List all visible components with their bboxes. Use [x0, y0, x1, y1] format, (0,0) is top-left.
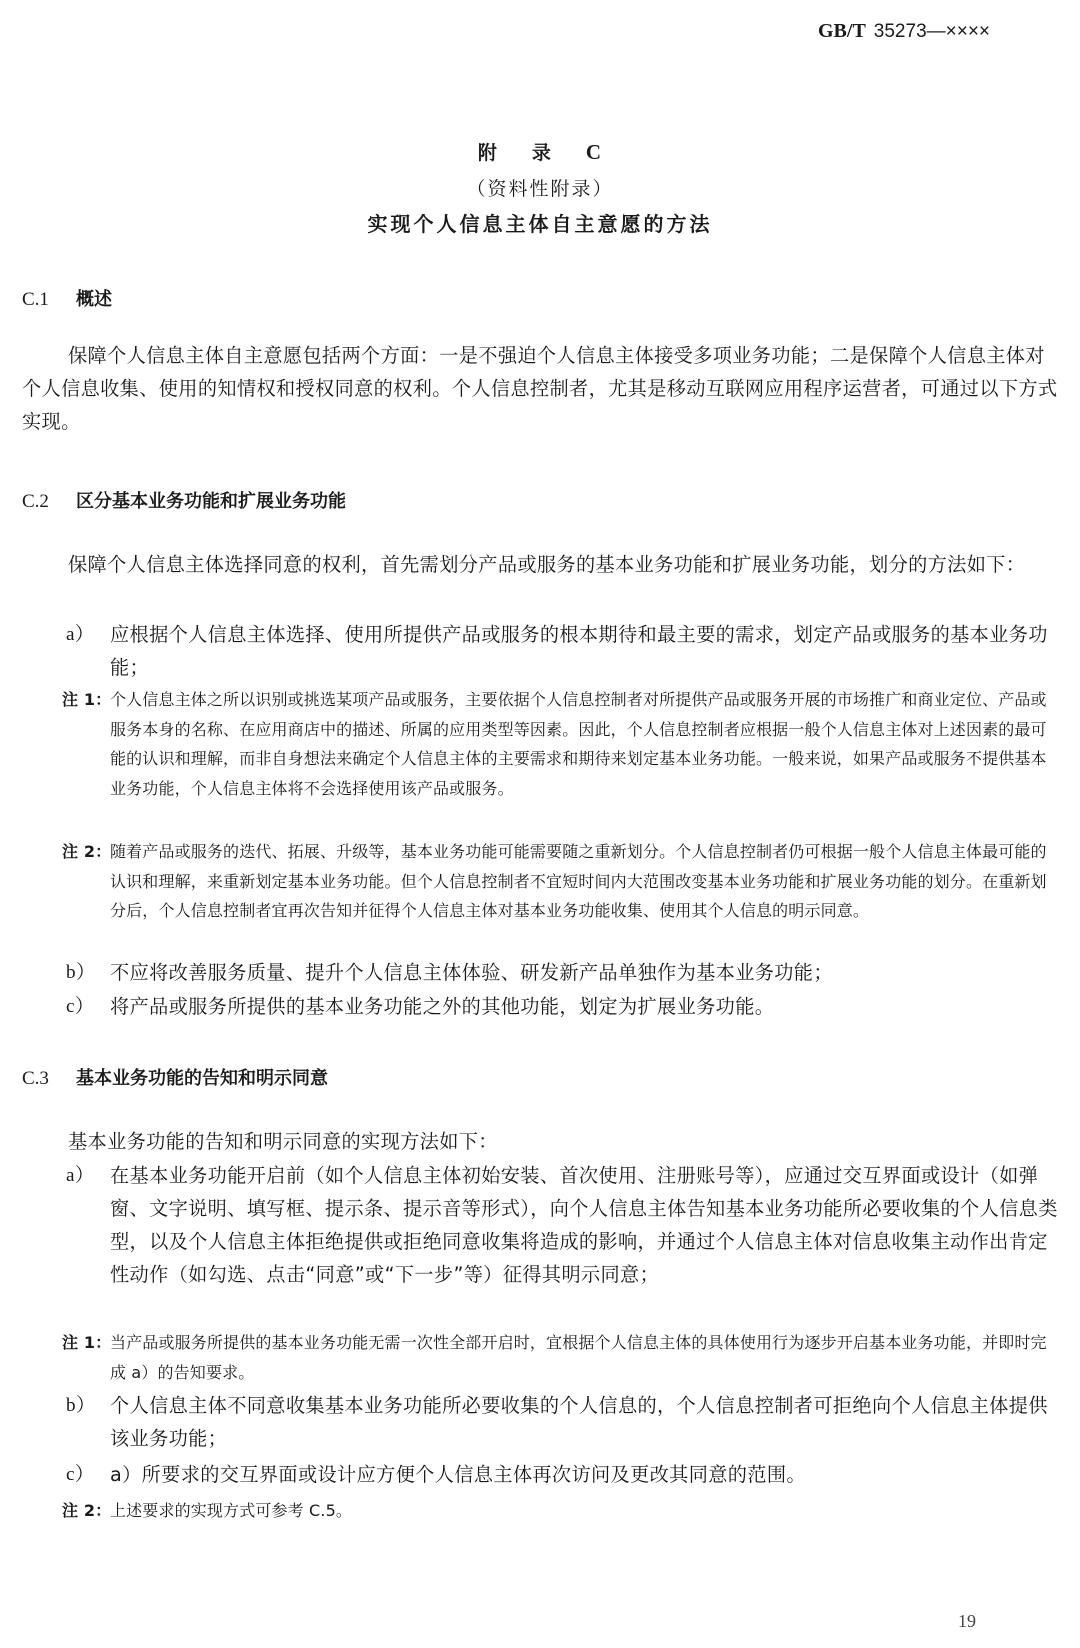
list-item-c2-b: b） 不应将改善服务质量、提升个人信息主体体验、研发新产品单独作为基本业务功能；	[66, 956, 1062, 989]
appendix-label: 附录C	[0, 138, 1080, 165]
paragraph-text: 保障个人信息主体自主意愿包括两个方面：一是不强迫个人信息主体接受多项业务功能；二…	[22, 344, 1058, 433]
note-text: 随着产品或服务的迭代、拓展、升级等，基本业务功能可能需要随之重新划分。个人信息控…	[110, 837, 1062, 926]
item-text: a）所要求的交互界面或设计应方便个人信息主体再次访问及更改其同意的范围。	[110, 1458, 1062, 1491]
item-text: 不应将改善服务质量、提升个人信息主体体验、研发新产品单独作为基本业务功能；	[110, 956, 1062, 989]
item-text: 在基本业务功能开启前（如个人信息主体初始安装、首次使用、注册账号等），应通过交互…	[110, 1159, 1062, 1291]
note-c3-1: 注 1： 当产品或服务所提供的基本业务功能无需一次性全部开启时，宜根据个人信息主…	[62, 1328, 1062, 1387]
paragraph-c2-intro: 保障个人信息主体选择同意的权利，首先需划分产品或服务的基本业务功能和扩展业务功能…	[22, 548, 1062, 581]
paragraph-text: 基本业务功能的告知和明示同意的实现方法如下：	[68, 1130, 498, 1153]
note-text: 个人信息主体之所以识别或挑选某项产品或服务，主要依据个人信息控制者对所提供产品或…	[110, 685, 1062, 803]
appendix-type: （资料性附录）	[0, 174, 1080, 201]
list-item-c2-c: c） 将产品或服务所提供的基本业务功能之外的其他功能，划定为扩展业务功能。	[66, 990, 1062, 1023]
note-label: 注 2：	[62, 837, 111, 867]
appendix-letter: C	[586, 140, 602, 164]
item-label: a）	[66, 1159, 94, 1192]
item-label: b）	[66, 956, 95, 989]
section-number: C.3	[22, 1068, 76, 1090]
note-text: 当产品或服务所提供的基本业务功能无需一次性全部开启时，宜根据个人信息主体的具体使…	[110, 1328, 1062, 1387]
section-title: 基本业务功能的告知和明示同意	[76, 1068, 328, 1089]
note-c2-1: 注 1： 个人信息主体之所以识别或挑选某项产品或服务，主要依据个人信息控制者对所…	[62, 685, 1062, 803]
section-heading-c2: C.2区分基本业务功能和扩展业务功能	[22, 487, 346, 513]
page-number: 19	[958, 1611, 976, 1632]
paragraph-c1: 保障个人信息主体自主意愿包括两个方面：一是不强迫个人信息主体接受多项业务功能；二…	[22, 339, 1062, 438]
note-label: 注 1：	[62, 685, 111, 715]
appendix-title: 实现个人信息主体自主意愿的方法	[0, 208, 1080, 237]
note-text: 上述要求的实现方式可参考 C.5。	[110, 1496, 1062, 1526]
list-item-c3-c: c） a）所要求的交互界面或设计应方便个人信息主体再次访问及更改其同意的范围。	[66, 1458, 1062, 1491]
item-label: c）	[66, 990, 94, 1023]
standard-code: GB/T	[818, 20, 866, 42]
item-label: a）	[66, 618, 94, 651]
item-text: 个人信息主体不同意收集基本业务功能所必要收集的个人信息的，个人信息控制者可拒绝向…	[110, 1389, 1062, 1455]
list-item-c2-a: a） 应根据个人信息主体选择、使用所提供产品或服务的根本期待和最主要的需求，划定…	[66, 618, 1062, 684]
note-c2-2: 注 2： 随着产品或服务的迭代、拓展、升级等，基本业务功能可能需要随之重新划分。…	[62, 837, 1062, 926]
appendix-label-char1: 附	[478, 142, 498, 164]
paragraph-c3-intro: 基本业务功能的告知和明示同意的实现方法如下：	[22, 1125, 1062, 1158]
standard-number: 35273—××××	[874, 21, 990, 42]
item-text: 将产品或服务所提供的基本业务功能之外的其他功能，划定为扩展业务功能。	[110, 990, 1062, 1023]
section-number: C.1	[22, 289, 76, 311]
section-heading-c1: C.1概述	[22, 285, 112, 311]
note-c3-2: 注 2： 上述要求的实现方式可参考 C.5。	[62, 1496, 1062, 1526]
section-title: 概述	[76, 289, 112, 310]
section-heading-c3: C.3基本业务功能的告知和明示同意	[22, 1064, 328, 1090]
standard-header: GB/T35273—××××	[818, 20, 990, 43]
item-label: b）	[66, 1389, 95, 1422]
note-label: 注 2：	[62, 1496, 111, 1526]
list-item-c3-b: b） 个人信息主体不同意收集基本业务功能所必要收集的个人信息的，个人信息控制者可…	[66, 1389, 1062, 1455]
section-title: 区分基本业务功能和扩展业务功能	[76, 491, 346, 512]
item-label: c）	[66, 1458, 94, 1491]
item-text: 应根据个人信息主体选择、使用所提供产品或服务的根本期待和最主要的需求，划定产品或…	[110, 618, 1062, 684]
list-item-c3-a: a） 在基本业务功能开启前（如个人信息主体初始安装、首次使用、注册账号等），应通…	[66, 1159, 1062, 1291]
note-label: 注 1：	[62, 1328, 111, 1358]
appendix-label-char2: 录	[532, 142, 552, 164]
section-number: C.2	[22, 491, 76, 513]
paragraph-text: 保障个人信息主体选择同意的权利，首先需划分产品或服务的基本业务功能和扩展业务功能…	[68, 553, 1025, 576]
